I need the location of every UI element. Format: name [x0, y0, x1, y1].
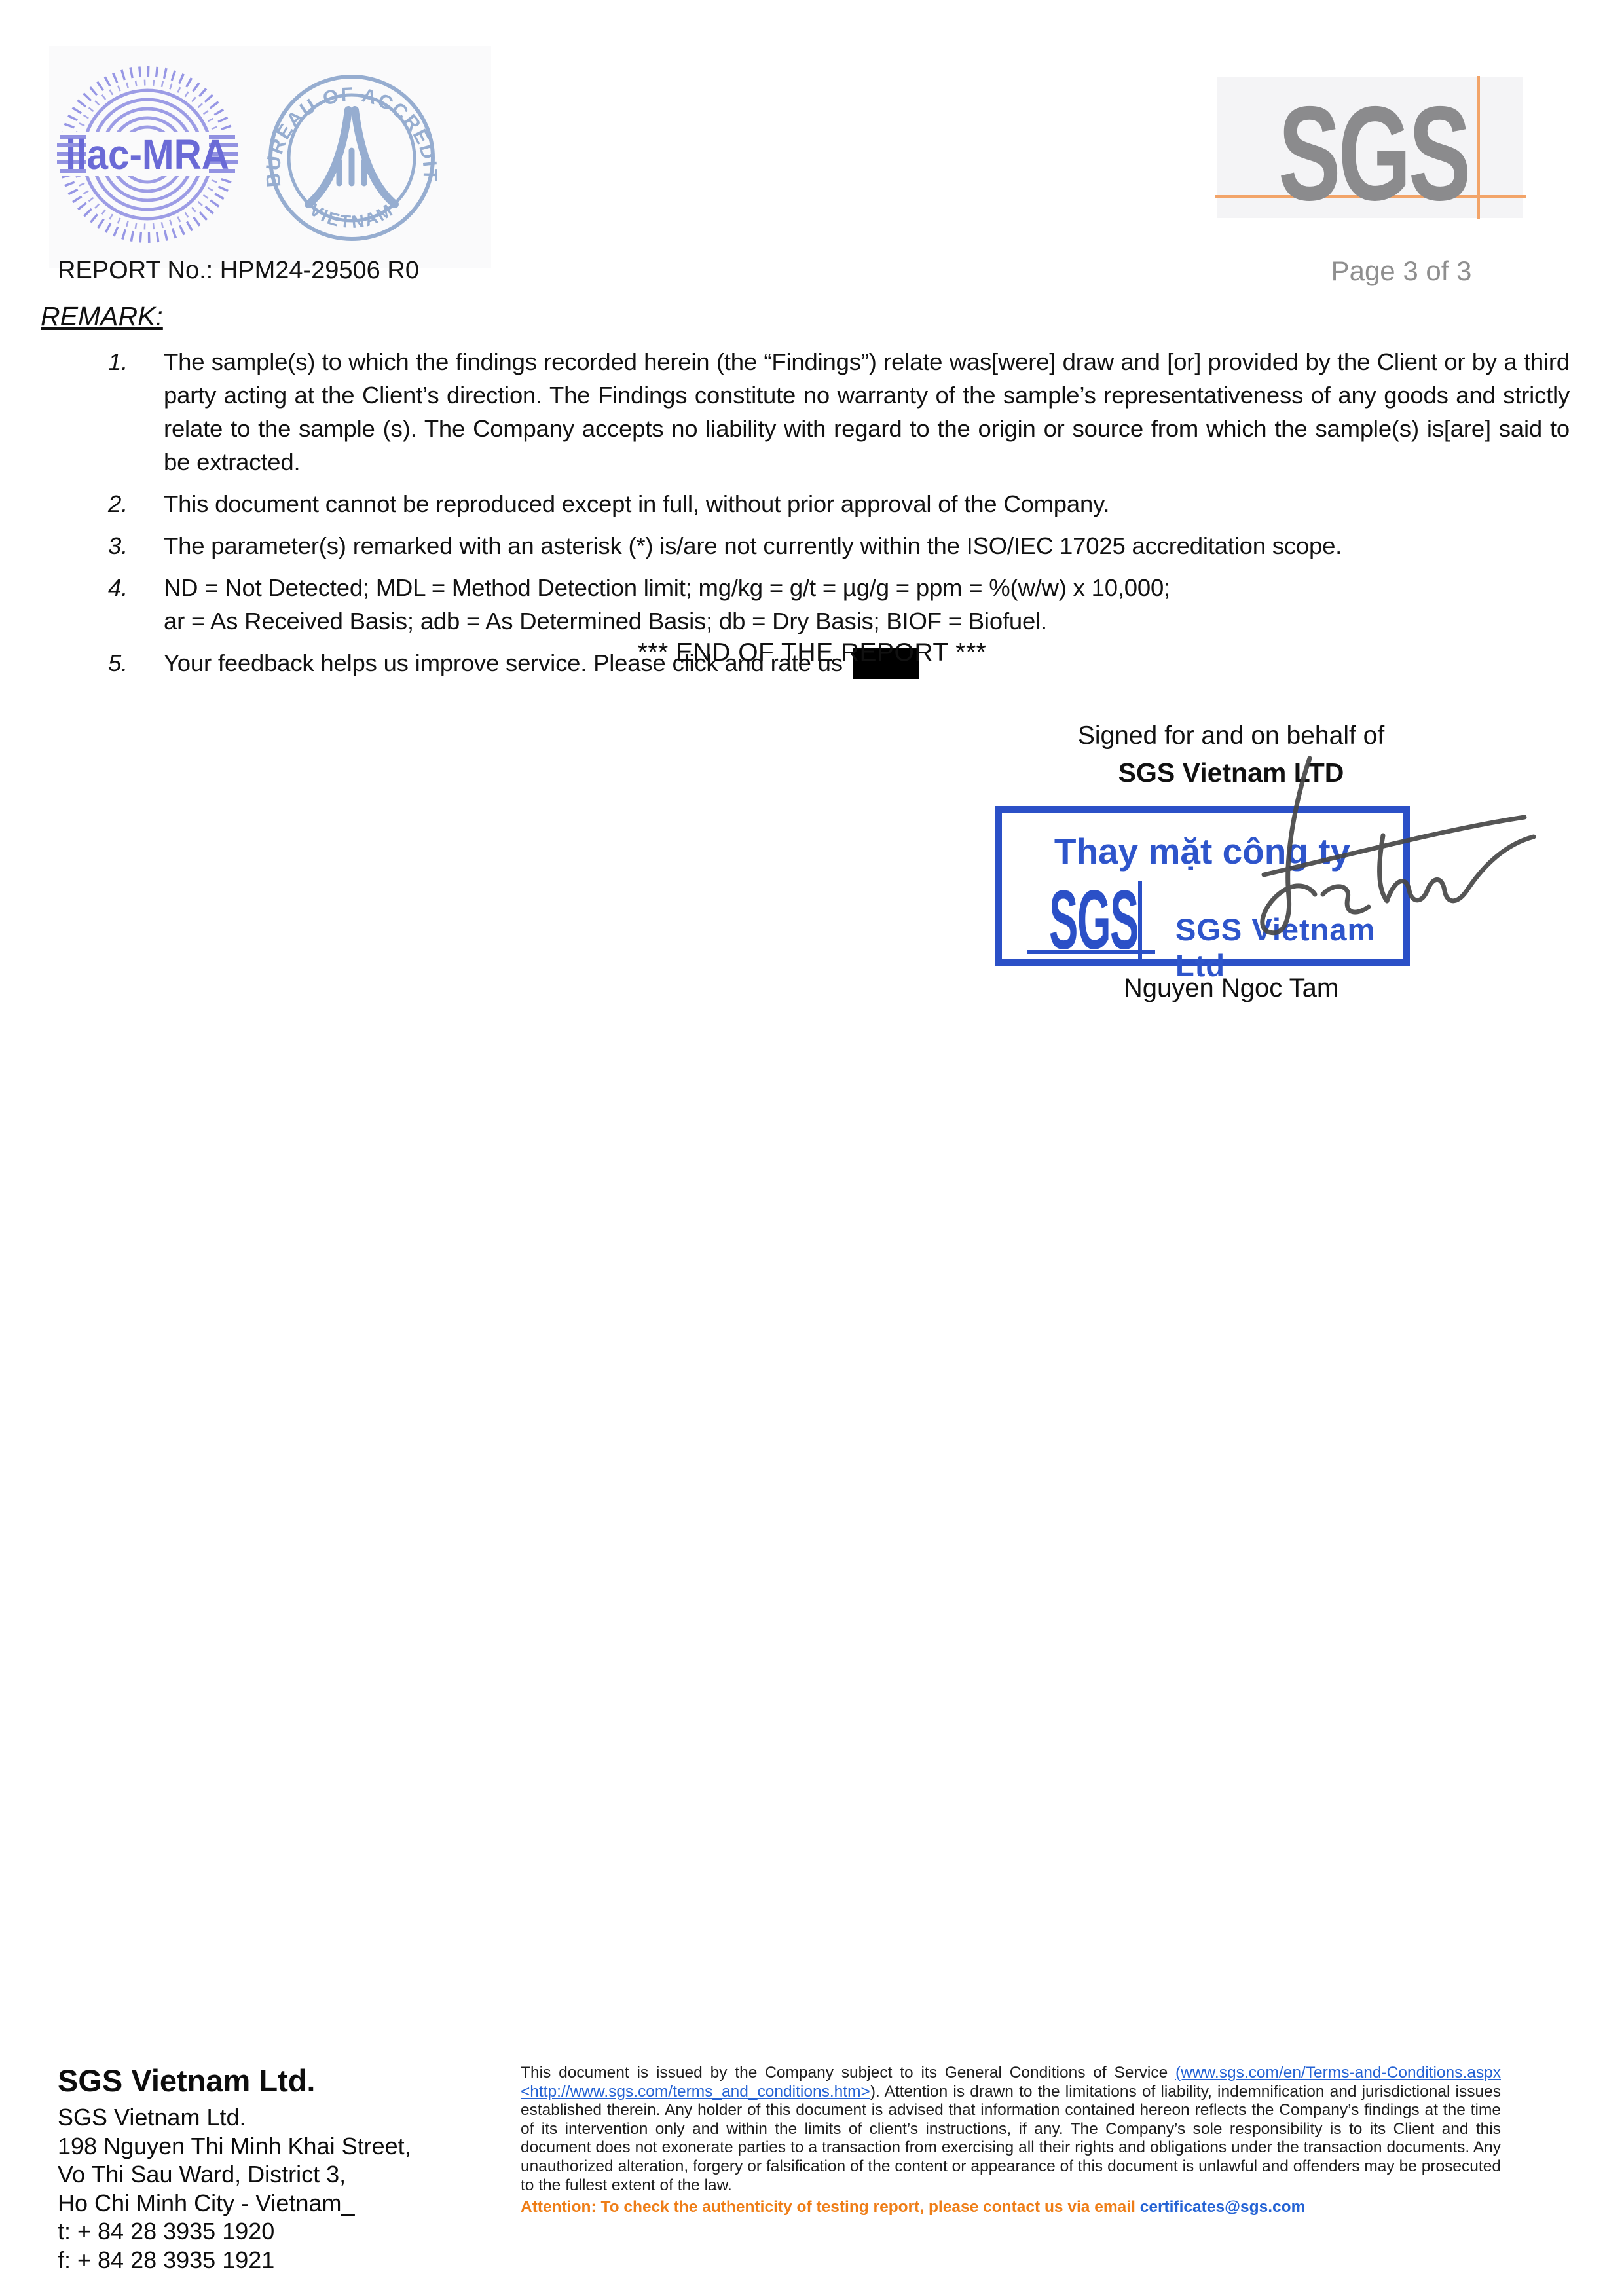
boa-logo-bottom-text: VIETNAM: [306, 200, 397, 232]
footer-address-line: t: + 84 28 3935 1920: [58, 2217, 411, 2246]
ilac-mra-stamp-icon: ilac-MRA: [56, 58, 239, 251]
report-number: REPORT No.: HPM24-29506 R0: [58, 257, 419, 285]
item-number: 4.: [108, 571, 128, 604]
footer-address-line: SGS Vietnam Ltd.: [58, 2103, 411, 2132]
end-of-report-label: *** END OF THE REPORT ***: [0, 638, 1624, 667]
sgs-logo-vertical-line: [1477, 76, 1480, 219]
terms-link-2[interactable]: <http://www.sgs.com/terms_and_conditions…: [521, 2083, 870, 2101]
item-text: The parameter(s) remarked with an asteri…: [164, 532, 1342, 559]
svg-text:VIETNAM: VIETNAM: [306, 200, 397, 232]
sgs-logo: SGS: [1217, 77, 1523, 218]
legal-text-part1: This document is issued by the Company s…: [521, 2064, 1175, 2082]
item-number: 3.: [108, 529, 128, 562]
item-text: This document cannot be reproduced excep…: [164, 490, 1109, 517]
remark-item: 4. ND = Not Detected; MDL = Method Detec…: [41, 571, 1570, 638]
remark-list: 1. The sample(s) to which the findings r…: [41, 345, 1570, 680]
signer-name: Nguyen Ngoc Tam: [936, 974, 1526, 1003]
footer-address-line: Ho Chi Minh City - Vietnam_: [58, 2189, 411, 2218]
item-text: The sample(s) to which the findings reco…: [164, 348, 1570, 475]
item-number: 2.: [108, 487, 128, 521]
page-indicator: Page 3 of 3: [1270, 255, 1532, 287]
legal-disclaimer: This document is issued by the Company s…: [521, 2064, 1501, 2217]
remark-heading: REMARK:: [41, 301, 1570, 332]
remark-section: REMARK: 1. The sample(s) to which the fi…: [41, 301, 1570, 680]
footer-address-line: Vo Thi Sau Ward, District 3,: [58, 2160, 411, 2189]
footer-address-line: f: + 84 28 3935 1921: [58, 2246, 411, 2275]
attention-text: Attention: To check the authenticity of …: [521, 2198, 1140, 2216]
bureau-of-accreditation-logo-icon: BUREAU OF ACCREDITATION VIETNAM: [265, 62, 438, 254]
handwritten-signature: [1048, 739, 1565, 961]
ilac-mra-logo-text: ilac-MRA: [65, 131, 229, 178]
remark-item: 1. The sample(s) to which the findings r…: [41, 345, 1570, 479]
report-page: ilac-MRA BUREAU OF ACCREDITATION VIETNAM: [0, 0, 1624, 2295]
footer-address: SGS Vietnam Ltd. 198 Nguyen Thi Minh Kha…: [58, 2103, 411, 2274]
footer-company-title: SGS Vietnam Ltd.: [58, 2063, 316, 2099]
remark-item: 3. The parameter(s) remarked with an ast…: [41, 529, 1570, 562]
sgs-logo-text: SGS: [1278, 86, 1468, 221]
remark-item: 2. This document cannot be reproduced ex…: [41, 487, 1570, 521]
certificates-email-link[interactable]: certificates@sgs.com: [1140, 2198, 1306, 2216]
accreditation-logo-strip: ilac-MRA BUREAU OF ACCREDITATION VIETNAM: [49, 46, 491, 268]
item-number: 1.: [108, 345, 128, 378]
footer-address-line: 198 Nguyen Thi Minh Khai Street,: [58, 2132, 411, 2161]
terms-link-1[interactable]: (www.sgs.com/en/Terms-and-Conditions.asp…: [1175, 2064, 1501, 2082]
attention-note: Attention: To check the authenticity of …: [521, 2198, 1501, 2217]
item-text: ND = Not Detected; MDL = Method Detectio…: [164, 571, 1570, 604]
item-text-line2: ar = As Received Basis; adb = As Determi…: [164, 604, 1570, 638]
